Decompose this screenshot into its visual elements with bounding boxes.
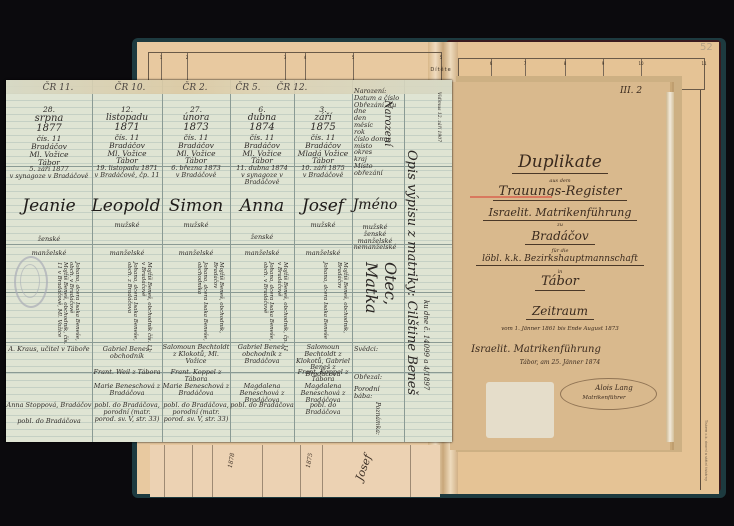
entry-3-legitimacy: manželské — [162, 250, 230, 257]
entry-4-sex: ženské — [230, 234, 294, 241]
margin-note: Vidimus 12. září 1907 — [436, 92, 441, 162]
issued-place-date: Tábor, am 25. Jänner 1874 — [450, 359, 670, 366]
red-underline — [470, 196, 552, 198]
entry-4-father: Mojžíš Beneš, obchodník, čp. 11 v Bradáč… — [276, 262, 288, 352]
legend-mohel: Obřezal: — [354, 374, 398, 381]
entry-5-legitimacy: manželské — [294, 250, 352, 257]
legend-sex-legit: mužskéženskémanželskénemanželské — [350, 224, 400, 251]
entry-1-name: Jeanie — [6, 198, 92, 216]
entry-3-name: Simon — [160, 198, 232, 216]
printer-mark: Tiskem c.k. dvorní a státní tiskárny — [704, 420, 708, 481]
entry-mark: ČR 11. — [28, 84, 88, 93]
entry-3-midwife: pobl. do Bradáčova, porodní (matr. porod… — [162, 402, 230, 422]
entry-5-name: Josef — [292, 198, 354, 216]
legend-list: Narození: Datum a číslo Obřezání, ku dne… — [354, 88, 400, 177]
issuer: Israelit. Matrikenführung — [426, 344, 646, 355]
official-stamp-inner — [20, 264, 40, 298]
legend-parents: Otec, Matka — [362, 262, 400, 352]
entry-1-legitimacy: manželské — [6, 250, 92, 257]
signature-josef: Josef — [353, 452, 375, 482]
certification-reference: ku dne č. 14099 a 4/1897 — [422, 300, 430, 440]
title-register-name: Trauungs-Register — [450, 184, 670, 201]
entry-3-mother: Johana, dcera Isaka Beneše, obchodníka — [196, 262, 208, 352]
title-duplikate: Duplikate — [450, 152, 670, 174]
entry-mark: ČR 12. — [272, 84, 312, 93]
entry-5-father: Mojžíš Beneš, obchodník, Bradáčov — [336, 262, 348, 352]
year-note: 1875 — [305, 452, 315, 468]
entry-4-mother: Johana, dcera Isaka Beneše, obch. v Brad… — [262, 262, 274, 352]
entry-3-father: Mojžíš Beneš, obchodník, Bradáčov — [212, 262, 224, 352]
entry-mark: ČR 2. — [165, 84, 225, 93]
signature-flourish — [560, 378, 657, 410]
title-tabor: Tábor — [450, 274, 670, 291]
entry-4-witness: Gabriel Beneš, obchodník z Bradáčova — [230, 344, 294, 364]
entry-1-mother: Johana, dcera Isaka Beneše, obch. v Brad… — [68, 262, 80, 352]
legend-vertical-label: Narození — [382, 100, 393, 180]
entry-2-birth: 12.listopadu1871 čís. 11BradáčovMl. Voži… — [92, 106, 162, 179]
entry-1-godparent: Anna Stoppová, Bradáčov — [6, 402, 92, 409]
entry-3-birth: 27.února1873 čís. 11BradáčovMl. VožiceTá… — [162, 106, 230, 179]
entry-1-midwife: pobl. do Bradáčova — [6, 418, 92, 425]
title-zu: zu — [450, 222, 670, 228]
entry-1-sex: ženské — [6, 236, 92, 243]
year-note: 1878 — [227, 452, 237, 468]
entry-4-birth: 6.dubna1874 čís. 11BradáčovMl. VožiceTáb… — [230, 106, 294, 186]
entry-2-witness: Gabriel Beneš, obchodník — [92, 346, 162, 360]
entry-5-mohel: Frant. Koppel z Tábora — [294, 369, 352, 383]
entry-2-name: Leopold — [88, 198, 164, 216]
glassine-edge — [666, 92, 674, 442]
entry-2-father: Mojžíš Beneš, obchodník čís. 11 v Bradáč… — [140, 262, 152, 352]
legend-witnesses: Svědci: — [354, 346, 398, 353]
entry-2-mohel: Frant. Weil z Tábora — [92, 369, 162, 376]
legend-midwife: Porodní bába: — [354, 386, 398, 400]
entry-3-witness: Salomoun Bechtoldt z Klokotů, Ml. Vožice — [162, 344, 230, 364]
entry-mark: ČR 5. — [228, 84, 268, 93]
title-place: Bradáčov — [450, 229, 670, 245]
entry-4-name: Anna — [230, 198, 294, 216]
entry-2-sex: mužské — [92, 222, 162, 229]
entry-2-godparent: Marie Beneschová z Bradáčova — [92, 383, 162, 397]
entry-5-sex: mužské — [294, 222, 352, 229]
entry-5-mother: Johana, dcera Isaka Beneše — [322, 262, 328, 352]
page-number: 52 — [700, 42, 713, 53]
entry-5-birth: 3.září1875 čís. 11BradáčovMladá VožiceTá… — [294, 106, 352, 179]
entry-2-legitimacy: manželské — [92, 250, 162, 257]
entry-3-godparent: Marie Beneschová z Bradáčova — [162, 383, 230, 397]
entry-2-midwife: pobl. do Bradáčova, porodní (matr. porod… — [92, 402, 162, 422]
period-text: vom 1. Jänner 1861 bis Ende August 1873 — [450, 326, 670, 332]
title-matrikenfuhrung: Israelit. Matrikenführung — [450, 206, 670, 221]
register-bottom-fragment: 1878 1875 Josef — [150, 445, 440, 497]
certification-text: Opis výpisu z matriky: Cilštine Beneš — [404, 150, 419, 420]
entry-2-mother: Johana, dcera Isaka Beneše, obch. z Brad… — [126, 262, 138, 352]
entry-1-birth: 28.srpna1877 čís. 11BradáčovMl. VožiceTá… — [6, 106, 92, 180]
title-authority: löbl. k.k. Bezirkshauptmannschaft — [450, 254, 670, 266]
ruled-line — [700, 90, 701, 490]
legend-name: Jméno — [350, 198, 400, 213]
corner-mark: III. 2 — [620, 86, 642, 96]
legend-note: Poznámka: — [374, 402, 381, 442]
period-label: Zeitraum — [450, 304, 670, 320]
entry-1-father: Mojžíš Beneš, obchodník, čís. 11 v Bradá… — [56, 262, 68, 352]
entry-4-legitimacy: manželské — [230, 250, 294, 257]
paper-patch — [486, 382, 554, 438]
entry-5-midwife: pobl. do Bradáčova — [294, 402, 352, 416]
entry-3-mohel: Frant. Koppel z Tábora — [162, 369, 230, 383]
entry-3-sex: mužské — [162, 222, 230, 229]
entry-4-midwife: pobl. do Bradáčova — [230, 402, 294, 409]
entry-mark: ČR 10. — [100, 84, 160, 93]
